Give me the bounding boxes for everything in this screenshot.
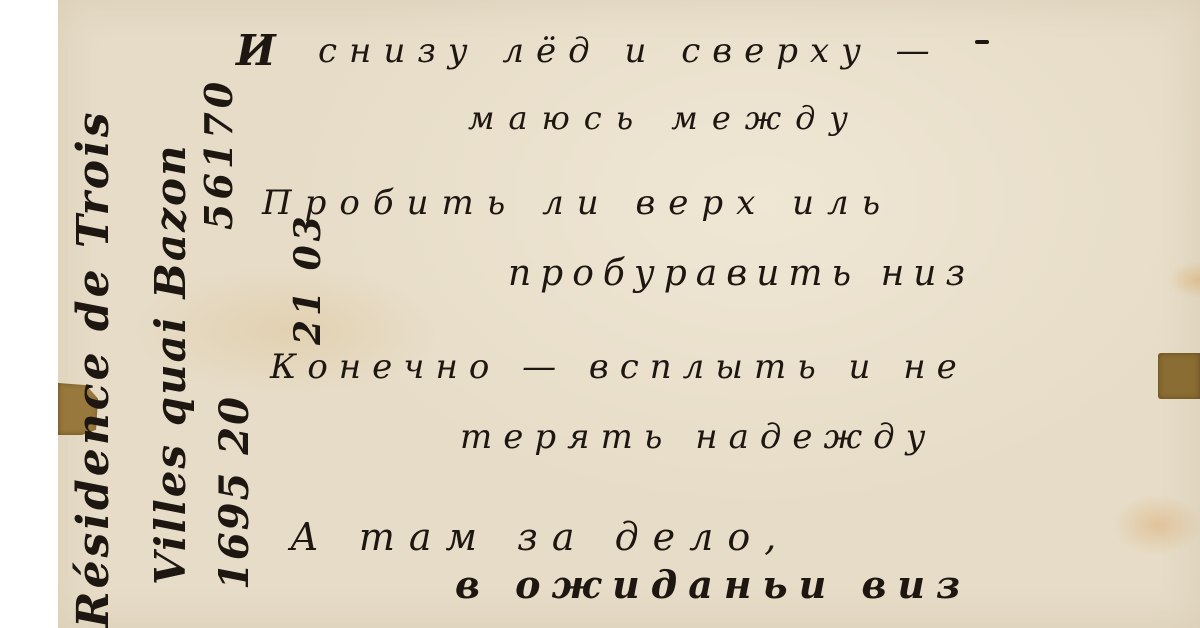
tape-fragment-right — [1158, 353, 1200, 399]
poem-line-2: маюсь между — [468, 102, 862, 134]
margin-note-postcode: 56170 — [200, 78, 238, 230]
poem-line-4: пробуравить низ — [508, 256, 974, 292]
poem-line-6: терять надежду — [460, 420, 936, 454]
ink-dash — [975, 40, 989, 44]
poem-line-8: в ожиданьи виз — [455, 566, 971, 604]
poem-line-3: Пробить ли верх иль — [262, 186, 893, 220]
poem-line-1: снизу лёд и сверху — — [318, 34, 942, 68]
margin-note-number-2: 21 03 — [290, 212, 326, 345]
poem-line-5: Конечно — всплыть и не — [270, 350, 968, 384]
poem-line-1-initial: И — [236, 30, 276, 72]
poem-line-7: А там за дело, — [290, 518, 790, 556]
margin-note-address: Villes quai Bazon — [150, 143, 192, 585]
margin-note-residence: Résidence de Trois — [72, 109, 116, 628]
margin-note-number-1: 1695 20 — [215, 395, 255, 590]
